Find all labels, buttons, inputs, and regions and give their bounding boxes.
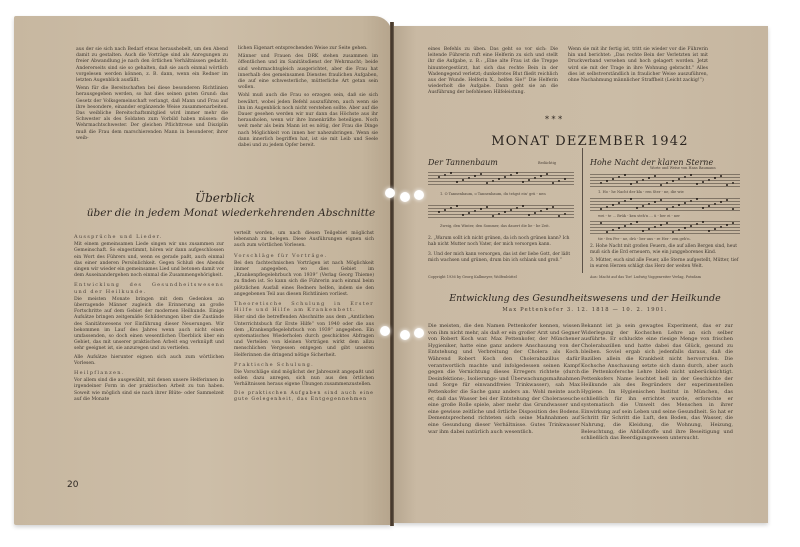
section-body: Bei den fachtechnischen Vorträgen ist na… — [234, 261, 374, 298]
music-note-icon — [606, 231, 608, 233]
music-note-icon — [702, 221, 704, 223]
left-intro-col2: lichen Eigenart entsprechenden Weise zur… — [238, 46, 378, 151]
music-note-icon — [636, 221, 638, 223]
binder-hole — [380, 326, 390, 336]
song-verse: 2. Hohe Nacht mit großen Feuern, die auf… — [590, 244, 740, 256]
song-verse: 3. Mütter, euch sind alle Feuer, alle St… — [590, 258, 740, 270]
song-lyric: Zweig, den Winter, den Sommer, das dauer… — [440, 224, 580, 228]
music-note-icon — [534, 177, 536, 179]
section-title: Aussprüche und Lieder. — [74, 234, 224, 240]
song-verse: 3. Und der mich kann versorgen, das ist … — [428, 252, 576, 264]
music-note-icon — [666, 182, 668, 184]
music-note-icon — [732, 208, 734, 210]
song-divider — [582, 148, 583, 273]
music-note-icon — [552, 182, 554, 184]
music-note-icon — [720, 226, 722, 228]
music-note-icon — [654, 175, 656, 177]
music-staff — [590, 198, 740, 212]
music-note-icon — [600, 208, 602, 210]
music-note-icon — [732, 222, 734, 224]
music-note-icon — [636, 181, 638, 183]
section-body: Alle Aufsätze hierunter eignen sich auch… — [74, 355, 224, 367]
music-note-icon — [546, 208, 548, 210]
music-note-icon — [480, 208, 482, 210]
music-note-icon — [498, 213, 500, 215]
music-note-icon — [450, 207, 452, 209]
music-note-icon — [456, 181, 458, 183]
music-note-icon — [678, 178, 680, 180]
music-note-icon — [558, 180, 560, 182]
music-note-icon — [702, 207, 704, 209]
music-note-icon — [516, 207, 518, 209]
section-title: Heilpflanzen. — [74, 370, 224, 376]
binder-hole — [414, 190, 424, 200]
music-note-icon — [696, 223, 698, 225]
paragraph: Wenn sie mit ihr fertig ist, tritt sie w… — [568, 47, 708, 84]
music-note-icon — [522, 205, 524, 207]
section-title: Theoretische Schulung in Erster Hilfe un… — [234, 301, 374, 313]
music-note-icon — [672, 180, 674, 182]
music-note-icon — [648, 177, 650, 179]
music-note-icon — [474, 210, 476, 212]
music-note-icon — [528, 214, 530, 216]
paragraph: Männer und Frauen des DRK stehen zusamme… — [238, 54, 378, 91]
music-note-icon — [564, 178, 566, 180]
article-title: Entwicklung des Gesundheitswesens und de… — [420, 293, 750, 304]
song-lyric: 1. Ho - he Nacht der kla - ren Ster - ne… — [598, 190, 738, 194]
binder-hole — [385, 188, 395, 198]
page-number: 20 — [67, 480, 78, 490]
article-col1: Die meisten, die den Namen Pettenkofer k… — [428, 323, 580, 437]
music-note-icon — [690, 174, 692, 176]
music-note-icon — [438, 211, 440, 213]
article-subtitle: Max Pettenkofer 3. 12. 1818 — 10. 2. 190… — [420, 307, 750, 313]
music-note-icon — [654, 201, 656, 203]
music-note-icon — [660, 184, 662, 186]
section-body: Vor allem sind die ausgewählt, mit denen… — [74, 378, 224, 403]
music-note-icon — [726, 199, 728, 201]
music-note-icon — [540, 175, 542, 177]
section-body: Hier sind die betreffenden Abschnitte au… — [234, 315, 374, 358]
music-note-icon — [474, 175, 476, 177]
music-note-icon — [456, 205, 458, 207]
music-note-icon — [486, 182, 488, 184]
music-note-icon — [624, 200, 626, 202]
music-note-icon — [630, 223, 632, 225]
music-note-icon — [618, 202, 620, 204]
music-note-icon — [618, 176, 620, 178]
music-note-icon — [654, 226, 656, 228]
section-body: Die praktischen Aufgaben sind auch eine … — [234, 391, 374, 403]
music-note-icon — [714, 228, 716, 230]
music-note-icon — [468, 212, 470, 214]
music-note-icon — [672, 206, 674, 208]
music-note-icon — [438, 176, 440, 178]
music-note-icon — [612, 178, 614, 180]
music-note-icon — [678, 204, 680, 206]
music-note-icon — [636, 207, 638, 209]
music-note-icon — [642, 205, 644, 207]
paragraph: eines Befehls zu üben. Das geht so vor s… — [428, 47, 558, 97]
left-intro-col1: aus der sie sich nach Bedarf etwas herau… — [76, 47, 228, 144]
music-note-icon — [666, 208, 668, 210]
music-note-icon — [684, 202, 686, 204]
paragraph: Wohl muß auch die Frau so erzogen sein, … — [238, 93, 378, 149]
music-note-icon — [672, 231, 674, 233]
song-lyric: tie - fen Fer - ne, drü - ber uns - re H… — [598, 237, 738, 241]
music-note-icon — [462, 214, 464, 216]
music-note-icon — [504, 211, 506, 213]
music-note-icon — [528, 179, 530, 181]
paragraph: lichen Eigenart entsprechenden Weise zur… — [238, 46, 378, 52]
section-stars: * * * — [545, 115, 562, 124]
music-note-icon — [660, 199, 662, 201]
overview-heading-line2: über die in jedem Monat wiederkehrenden … — [86, 207, 376, 219]
article-col2: Bekannt ist ja sein gewagtes Experiment,… — [581, 323, 733, 444]
song-lyric: 1. O Tannenbaum, o Tannenbaum, du trägst… — [440, 192, 580, 196]
music-note-icon — [498, 178, 500, 180]
music-note-icon — [708, 230, 710, 232]
section-title: Vorschläge für Vorträge. — [234, 253, 374, 259]
music-note-icon — [600, 222, 602, 224]
song-credit: Worte und Weise von Hans Baumann — [650, 166, 716, 170]
song-lyric: wei - te ... Brük - ken steh'n ... ü - b… — [598, 214, 738, 218]
right-top-col2: Wenn sie mit ihr fertig ist, tritt sie w… — [568, 47, 708, 86]
left-sections-col2: verteilt worden, um nach diesen Teilgebi… — [234, 231, 374, 405]
music-note-icon — [564, 213, 566, 215]
music-note-icon — [696, 183, 698, 185]
right-top-col1: eines Befehls zu üben. Das geht so vor s… — [428, 47, 558, 99]
music-note-icon — [720, 175, 722, 177]
music-note-icon — [690, 225, 692, 227]
section-title: Entwicklung des Gesundheitswesens und de… — [74, 282, 224, 294]
music-note-icon — [480, 173, 482, 175]
music-note-icon — [624, 225, 626, 227]
music-note-icon — [726, 184, 728, 186]
music-staff — [428, 172, 574, 186]
song-verse: 2. „Warum sollt ich nicht grünen, da ich… — [428, 236, 576, 248]
music-note-icon — [444, 209, 446, 211]
music-note-icon — [642, 179, 644, 181]
music-note-icon — [624, 174, 626, 176]
section-body: Die meisten Monate bringen mit dem Geden… — [74, 297, 224, 353]
music-note-icon — [546, 173, 548, 175]
music-note-icon — [600, 182, 602, 184]
left-sections-col1: Aussprüche und Lieder. Mit einem gemeins… — [74, 231, 224, 405]
music-note-icon — [714, 203, 716, 205]
music-note-icon — [534, 212, 536, 214]
music-note-icon — [558, 215, 560, 217]
spine-fold — [390, 22, 394, 526]
music-note-icon — [630, 183, 632, 185]
music-note-icon — [684, 227, 686, 229]
music-note-icon — [492, 215, 494, 217]
music-note-icon — [552, 206, 554, 208]
song-copyright: Copyright 1936 by Georg Kallmeyer, Wolfe… — [428, 275, 517, 279]
overview-heading-line1: Überblick — [150, 191, 300, 205]
binder-hole — [400, 192, 410, 202]
section-body: verteilt worden, um nach diesen Teilgebi… — [234, 231, 374, 250]
music-note-icon — [612, 204, 614, 206]
music-note-icon — [684, 176, 686, 178]
music-note-icon — [702, 181, 704, 183]
music-note-icon — [492, 180, 494, 182]
music-staff — [590, 174, 740, 188]
music-note-icon — [660, 224, 662, 226]
music-note-icon — [690, 200, 692, 202]
paragraph: Die meisten, die den Namen Pettenkofer k… — [428, 323, 580, 435]
music-note-icon — [714, 177, 716, 179]
music-note-icon — [732, 182, 734, 184]
music-note-icon — [606, 206, 608, 208]
music-note-icon — [468, 177, 470, 179]
binder-hole — [414, 328, 424, 338]
music-note-icon — [486, 206, 488, 208]
section-body: Die Vorschläge sind möglichst der Jahres… — [234, 370, 374, 389]
music-note-icon — [462, 179, 464, 181]
music-note-icon — [522, 181, 524, 183]
music-note-icon — [510, 174, 512, 176]
month-title: MONAT DEZEMBER 1942 — [440, 134, 740, 149]
music-note-icon — [726, 224, 728, 226]
section-title: Praktische Schulung. — [234, 362, 374, 368]
music-note-icon — [612, 229, 614, 231]
paragraph: aus der sie sich nach Bedarf etwas herau… — [76, 47, 228, 84]
music-note-icon — [510, 209, 512, 211]
music-note-icon — [648, 203, 650, 205]
music-note-icon — [678, 229, 680, 231]
binder-hole — [400, 330, 410, 340]
music-note-icon — [618, 227, 620, 229]
paragraph: Bekannt ist ja sein gewagtes Experiment,… — [581, 323, 733, 442]
music-note-icon — [450, 172, 452, 174]
music-note-icon — [642, 230, 644, 232]
music-note-icon — [666, 222, 668, 224]
song-tempo: Bedächtig — [538, 161, 556, 165]
music-note-icon — [516, 172, 518, 174]
section-body: Mit einem gemeinsamen Liede singen wir u… — [74, 242, 224, 279]
music-note-icon — [708, 205, 710, 207]
music-note-icon — [444, 174, 446, 176]
music-note-icon — [606, 180, 608, 182]
music-note-icon — [648, 228, 650, 230]
music-note-icon — [630, 198, 632, 200]
music-note-icon — [504, 176, 506, 178]
music-note-icon — [708, 179, 710, 181]
music-note-icon — [540, 210, 542, 212]
song-title: Der Tannenbaum — [428, 158, 498, 167]
music-staff — [590, 221, 740, 235]
music-note-icon — [696, 198, 698, 200]
music-staff — [428, 205, 574, 219]
music-note-icon — [720, 201, 722, 203]
paragraph: Wenn für die Bereitschaften bei diese be… — [76, 86, 228, 142]
song-publisher: Aus: Macht auf das Tor! Ludwig Voggenrei… — [590, 275, 701, 279]
